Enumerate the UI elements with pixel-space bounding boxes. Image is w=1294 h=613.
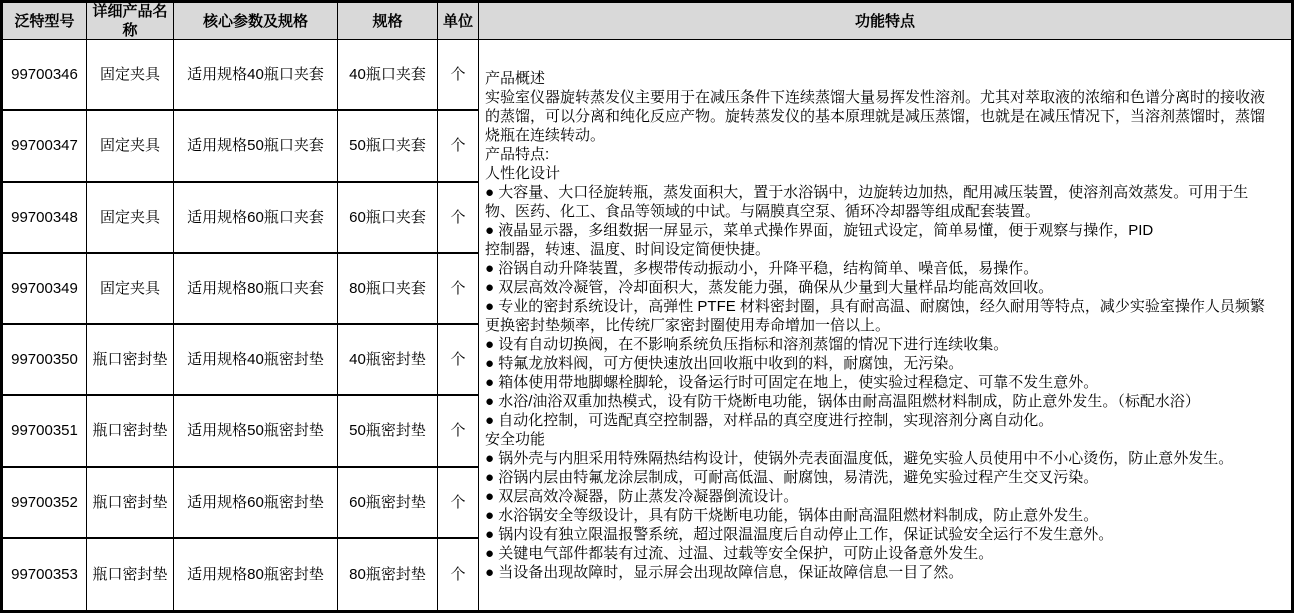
cell-params-row-2: 适用规格50瓶口夹套 (174, 111, 338, 182)
cell-spec-row-6: 50瓶密封垫 (338, 396, 438, 467)
feature-line-12: ● 双层高效冷凝管，冷却面积大，蒸发能力强，确保从少量到大量样品均能高效回收。 (485, 278, 1287, 297)
feature-line-27: ● 当设备出现故障时，显示屏会出现故障信息，保证故障信息一目了然。 (485, 563, 1287, 582)
cell-unit-row-8: 个 (438, 539, 479, 610)
cell-model-row-4: 99700349 (3, 254, 87, 325)
cell-params-row-3: 适用规格60瓶口夹套 (174, 183, 338, 254)
cell-params-row-1: 适用规格40瓶口夹套 (174, 40, 338, 111)
feature-line-24: ● 水浴锅安全等级设计，具有防干烧断电功能，锅体由耐高温阻燃材料制成，防止意外发… (485, 506, 1287, 525)
cell-params-row-5: 适用规格40瓶密封垫 (174, 325, 338, 396)
feature-line-14: 更换密封垫频率，比传统厂家密封圈使用寿命增加一倍以上。 (485, 316, 1287, 335)
cell-spec-row-4: 80瓶口夹套 (338, 254, 438, 325)
feature-line-13: ● 专业的密封系统设计，高弹性 PTFE 材料密封圈，具有耐高温、耐腐蚀，经久耐… (485, 297, 1287, 316)
cell-unit-row-6: 个 (438, 396, 479, 467)
header-unit: 单位 (438, 3, 479, 40)
cell-unit-row-2: 个 (438, 111, 479, 182)
cell-name-row-7: 瓶口密封垫 (87, 468, 174, 539)
feature-line-25: ● 锅内设有独立限温报警系统，超过限温温度后自动停止工作，保证试验安全运行不发生… (485, 525, 1287, 544)
cell-model-row-3: 99700348 (3, 183, 87, 254)
cell-model-row-6: 99700351 (3, 396, 87, 467)
header-model: 泛特型号 (3, 3, 87, 40)
feature-line-2: 实验室仪器旋转蒸发仪主要用于在减压条件下连续蒸馏大量易挥发性溶剂。尤其对萃取液的… (485, 88, 1287, 107)
cell-name-row-3: 固定夹具 (87, 183, 174, 254)
header-name: 详细产品名称 (87, 3, 174, 40)
product-spec-table: 泛特型号 详细产品名称 核心参数及规格 规格 单位 功能特点 产品概述实验室仪器… (0, 0, 1294, 613)
cell-params-row-6: 适用规格50瓶密封垫 (174, 396, 338, 467)
cell-name-row-6: 瓶口密封垫 (87, 396, 174, 467)
cell-model-row-7: 99700352 (3, 468, 87, 539)
cell-spec-row-1: 40瓶口夹套 (338, 40, 438, 111)
cell-unit-row-4: 个 (438, 254, 479, 325)
cell-unit-row-3: 个 (438, 183, 479, 254)
feature-line-18: ● 水浴/油浴双重加热模式，设有防干烧断电功能，锅体由耐高温阻燃材料制成，防止意… (485, 392, 1287, 411)
features-text-cell: 产品概述实验室仪器旋转蒸发仪主要用于在减压条件下连续蒸馏大量易挥发性溶剂。尤其对… (479, 40, 1291, 610)
feature-line-19: ● 自动化控制，可选配真空控制器，对样品的真空度进行控制，实现溶剂分离自动化。 (485, 411, 1287, 430)
feature-line-3: 的蒸馏，可以分离和纯化反应产物。旋转蒸发仪的基本原理就是减压蒸馏，也就是在减压情… (485, 107, 1287, 126)
cell-model-row-2: 99700347 (3, 111, 87, 182)
cell-name-row-1: 固定夹具 (87, 40, 174, 111)
feature-line-15: ● 设有自动切换阀，在不影响系统负压指标和溶剂蒸馏的情况下进行连续收集。 (485, 335, 1287, 354)
feature-line-22: ● 浴锅内层由特氟龙涂层制成，可耐高低温、耐腐蚀，易清洗，避免实验过程产生交叉污… (485, 468, 1287, 487)
cell-name-row-4: 固定夹具 (87, 254, 174, 325)
cell-spec-row-7: 60瓶密封垫 (338, 468, 438, 539)
cell-spec-row-2: 50瓶口夹套 (338, 111, 438, 182)
feature-line-20: 安全功能 (485, 430, 1287, 449)
feature-line-5: 产品特点: (485, 145, 1287, 164)
feature-line-1: 产品概述 (485, 69, 1287, 88)
feature-line-11: ● 浴锅自动升降装置，多楔带传动振动小，升降平稳，结构简单、噪音低，易操作。 (485, 259, 1287, 278)
cell-spec-row-3: 60瓶口夹套 (338, 183, 438, 254)
cell-name-row-8: 瓶口密封垫 (87, 539, 174, 610)
header-params: 核心参数及规格 (174, 3, 338, 40)
header-features: 功能特点 (479, 3, 1291, 40)
feature-line-6: 人性化设计 (485, 164, 1287, 183)
feature-line-4: 烧瓶在连续转动。 (485, 126, 1287, 145)
feature-line-9: ● 液晶显示器，多组数据一屏显示，菜单式操作界面，旋钮式设定，简单易懂，便于观察… (485, 221, 1287, 240)
cell-spec-row-8: 80瓶密封垫 (338, 539, 438, 610)
cell-name-row-5: 瓶口密封垫 (87, 325, 174, 396)
feature-line-10: 控制器，转速、温度、时间设定简便快捷。 (485, 240, 1287, 259)
cell-name-row-2: 固定夹具 (87, 111, 174, 182)
cell-unit-row-5: 个 (438, 325, 479, 396)
cell-params-row-8: 适用规格80瓶密封垫 (174, 539, 338, 610)
feature-line-8: 物、医药、化工、食品等领域的中试。与隔膜真空泵、循环冷却器等组成配套装置。 (485, 202, 1287, 221)
cell-unit-row-1: 个 (438, 40, 479, 111)
cell-params-row-7: 适用规格60瓶密封垫 (174, 468, 338, 539)
cell-params-row-4: 适用规格80瓶口夹套 (174, 254, 338, 325)
feature-line-21: ● 锅外壳与内胆采用特殊隔热结构设计，使锅外壳表面温度低，避免实验人员使用中不小… (485, 449, 1287, 468)
feature-line-16: ● 特氟龙放料阀，可方便快速放出回收瓶中收到的料，耐腐蚀，无污染。 (485, 354, 1287, 373)
cell-model-row-5: 99700350 (3, 325, 87, 396)
feature-line-26: ● 关键电气部件都装有过流、过温、过载等安全保护，可防止设备意外发生。 (485, 544, 1287, 563)
feature-line-17: ● 箱体使用带地脚螺栓脚轮，设备运行时可固定在地上，使实验过程稳定、可靠不发生意… (485, 373, 1287, 392)
cell-spec-row-5: 40瓶密封垫 (338, 325, 438, 396)
feature-line-23: ● 双层高效冷凝器，防止蒸发冷凝器倒流设计。 (485, 487, 1287, 506)
cell-model-row-1: 99700346 (3, 40, 87, 111)
cell-model-row-8: 99700353 (3, 539, 87, 610)
cell-unit-row-7: 个 (438, 468, 479, 539)
header-spec: 规格 (338, 3, 438, 40)
feature-line-7: ● 大容量、大口径旋转瓶，蒸发面积大，置于水浴锅中，边旋转边加热，配用减压装置，… (485, 183, 1287, 202)
